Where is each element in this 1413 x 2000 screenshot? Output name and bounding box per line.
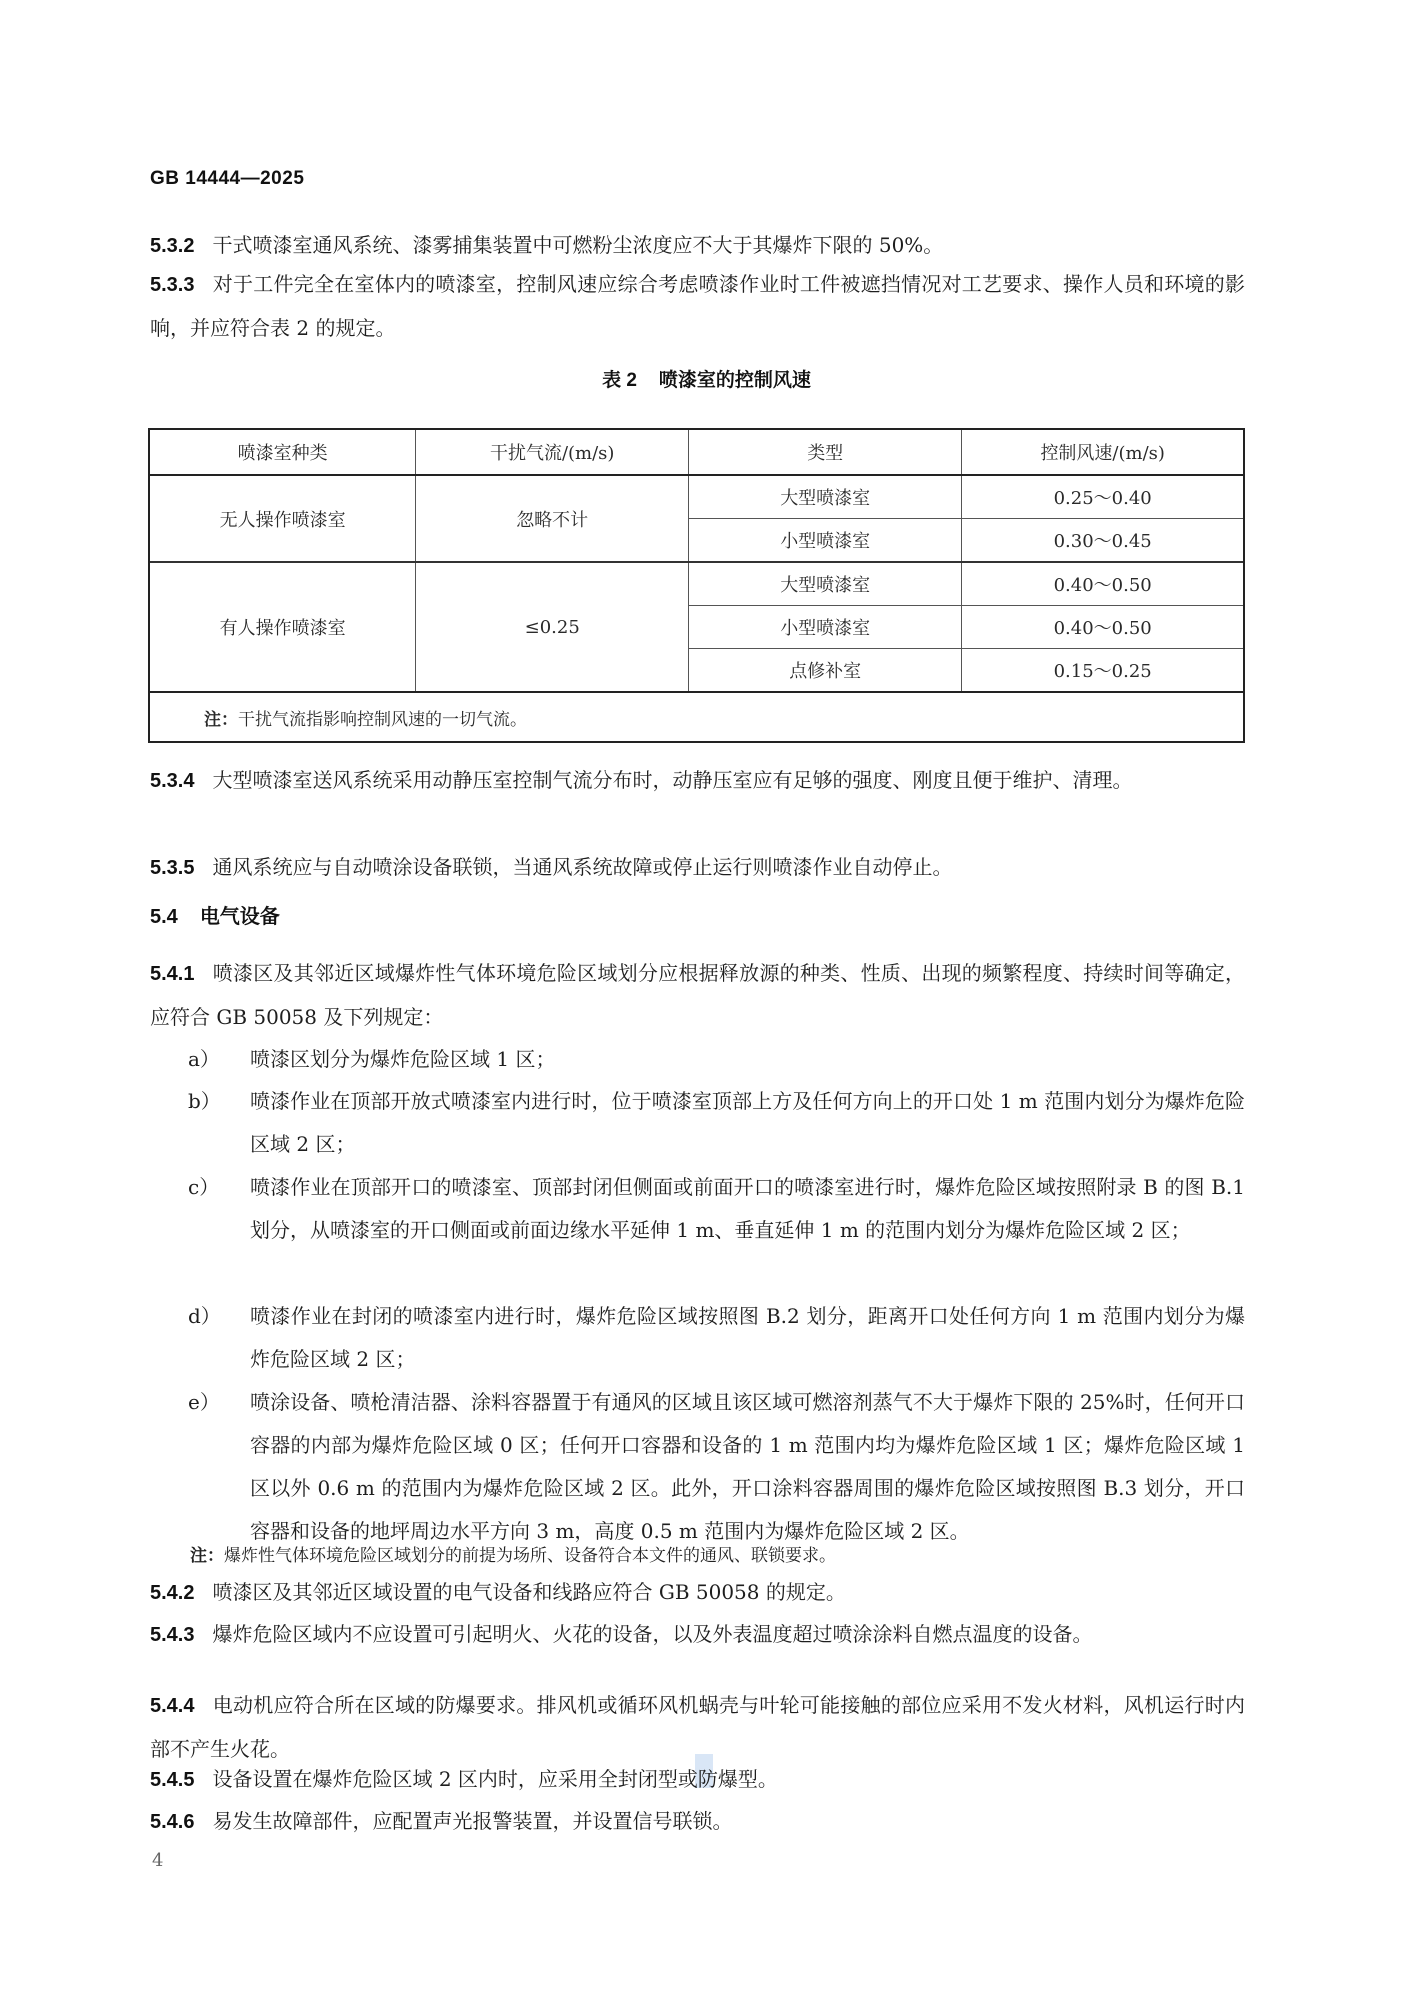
list-text: 喷涂设备、喷枪清洁器、涂料容器置于有通风的区域且该区域可燃溶剂蒸气不大于爆炸下限… [250,1381,1245,1553]
clause-5-4-5: 5.4.5设备设置在爆炸危险区域 2 区内时，应采用全封闭型或防爆型。 [150,1758,1245,1802]
clause-text: 大型喷漆室送风系统采用动静压室控制气流分布时，动静压室应有足够的强度、刚度且便于… [212,768,1132,792]
note-label: 注： [204,710,238,729]
cell-speed: 0.40～0.50 [962,562,1244,606]
cell-disturbance: 忽略不计 [416,475,689,562]
list-label: d） [188,1295,220,1338]
control-air-speed-table: 喷漆室种类 干扰气流/(m/s) 类型 控制风速/(m/s) 无人操作喷漆室 忽… [148,428,1245,743]
note-text: 爆炸性气体环境危险区域划分的前提为场所、设备符合本文件的通风、联锁要求。 [224,1546,836,1566]
clause-number: 5.4.3 [150,1624,194,1646]
clause-text: 对于工件完全在室体内的喷漆室，控制风速应综合考虑喷漆作业时工件被遮挡情况对工艺要… [150,272,1245,340]
clause-number: 5.3.3 [150,274,194,296]
table-note: 注：干扰气流指影响控制风速的一切气流。 [149,692,1244,742]
cell-category: 有人操作喷漆室 [149,562,416,692]
header-type: 类型 [689,429,962,475]
list-item-c: c） 喷漆作业在顶部开口的喷漆室、顶部封闭但侧面或前面开口的喷漆室进行时，爆炸危… [188,1166,1245,1252]
clause-number: 5.4.2 [150,1582,194,1604]
section-title-text: 电气设备 [200,906,280,928]
list-text: 喷漆作业在封闭的喷漆室内进行时，爆炸危险区域按照图 B.2 划分，距离开口处任何… [250,1295,1245,1381]
clause-5-3-3: 5.3.3对于工件完全在室体内的喷漆室，控制风速应综合考虑喷漆作业时工件被遮挡情… [150,263,1245,350]
cell-speed: 0.25～0.40 [962,475,1244,519]
standard-number-header: GB 14444—2025 [150,168,304,190]
list-label: e） [188,1381,220,1424]
section-number: 5.4 [150,906,178,928]
cell-category: 无人操作喷漆室 [149,475,416,562]
clause-number: 5.3.5 [150,857,194,879]
table-number: 表 2 [602,370,637,391]
table-note-row: 注：干扰气流指影响控制风速的一切气流。 [149,692,1244,742]
header-disturbance-airflow: 干扰气流/(m/s) [416,429,689,475]
clause-number: 5.3.4 [150,770,194,792]
note-label: 注： [190,1546,224,1565]
clause-5-4-1: 5.4.1喷漆区及其邻近区域爆炸性气体环境危险区域划分应根据释放源的种类、性质、… [150,952,1245,1039]
document-page: GB 14444—2025 5.3.2干式喷漆室通风系统、漆雾捕集装置中可燃粉尘… [0,0,1413,2000]
clause-text: 爆炸危险区域内不应设置可引起明火、火花的设备，以及外表温度超过喷涂涂料自燃点温度… [212,1622,1092,1646]
cell-speed: 0.15～0.25 [962,649,1244,693]
table-title: 表 2喷漆室的控制风速 [0,365,1413,392]
cell-disturbance: ≤0.25 [416,562,689,692]
list-text: 喷漆作业在顶部开口的喷漆室、顶部封闭但侧面或前面开口的喷漆室进行时，爆炸危险区域… [250,1166,1245,1252]
clause-5-3-4: 5.3.4大型喷漆室送风系统采用动静压室控制气流分布时，动静压室应有足够的强度、… [150,759,1245,803]
table-row: 无人操作喷漆室 忽略不计 大型喷漆室 0.25～0.40 [149,475,1244,519]
clause-number: 5.3.2 [150,235,194,257]
clause-5-4-2: 5.4.2喷漆区及其邻近区域设置的电气设备和线路应符合 GB 50058 的规定… [150,1571,1245,1615]
cell-type: 小型喷漆室 [689,519,962,563]
list-item-b: b） 喷漆作业在顶部开放式喷漆室内进行时，位于喷漆室顶部上方及任何方向上的开口处… [188,1080,1245,1166]
cell-type: 大型喷漆室 [689,475,962,519]
clause-5-3-2: 5.3.2干式喷漆室通风系统、漆雾捕集装置中可燃粉尘浓度应不大于其爆炸下限的 5… [150,224,1245,268]
clause-text: 通风系统应与自动喷涂设备联锁，当通风系统故障或停止运行则喷漆作业自动停止。 [212,855,952,879]
clause-text: 喷漆区及其邻近区域设置的电气设备和线路应符合 GB 50058 的规定。 [212,1580,845,1604]
list-label: a） [188,1038,220,1081]
clause-5-3-5: 5.3.5通风系统应与自动喷涂设备联锁，当通风系统故障或停止运行则喷漆作业自动停… [150,846,1245,890]
table-header-row: 喷漆室种类 干扰气流/(m/s) 类型 控制风速/(m/s) [149,429,1244,475]
clause-5-4-3: 5.4.3爆炸危险区域内不应设置可引起明火、火花的设备，以及外表温度超过喷涂涂料… [150,1613,1245,1657]
list-item-a: a） 喷漆区划分为爆炸危险区域 1 区； [188,1038,1245,1081]
clause-5-4-6: 5.4.6易发生故障部件，应配置声光报警装置，并设置信号联锁。 [150,1800,1245,1844]
list-item-e: e） 喷涂设备、喷枪清洁器、涂料容器置于有通风的区域且该区域可燃溶剂蒸气不大于爆… [188,1381,1245,1553]
clause-note: 注：爆炸性气体环境危险区域划分的前提为场所、设备符合本文件的通风、联锁要求。 [190,1541,836,1566]
section-heading-5-4: 5.4电气设备 [150,900,280,929]
clause-text: 设备设置在爆炸危险区域 2 区内时，应采用全封闭型或防爆型。 [212,1767,777,1791]
clause-text: 电动机应符合所在区域的防爆要求。排风机或循环风机蜗壳与叶轮可能接触的部位应采用不… [150,1693,1245,1761]
clause-text: 喷漆区及其邻近区域爆炸性气体环境危险区域划分应根据释放源的种类、性质、出现的频繁… [150,961,1245,1029]
list-item-d: d） 喷漆作业在封闭的喷漆室内进行时，爆炸危险区域按照图 B.2 划分，距离开口… [188,1295,1245,1381]
header-control-speed: 控制风速/(m/s) [962,429,1244,475]
list-text: 喷漆作业在顶部开放式喷漆室内进行时，位于喷漆室顶部上方及任何方向上的开口处 1 … [250,1080,1245,1166]
list-label: c） [188,1166,220,1209]
header-booth-category: 喷漆室种类 [149,429,416,475]
note-text: 干扰气流指影响控制风速的一切气流。 [238,710,527,730]
cell-type: 小型喷漆室 [689,606,962,649]
list-text: 喷漆区划分为爆炸危险区域 1 区； [250,1038,1245,1081]
cell-speed: 0.40～0.50 [962,606,1244,649]
table-caption: 喷漆室的控制风速 [659,370,811,391]
clause-number: 5.4.4 [150,1695,194,1717]
clause-number: 5.4.5 [150,1769,194,1791]
list-label: b） [188,1080,220,1123]
clause-number: 5.4.1 [150,963,194,985]
cell-type: 点修补室 [689,649,962,693]
cell-speed: 0.30～0.45 [962,519,1244,563]
table-row: 有人操作喷漆室 ≤0.25 大型喷漆室 0.40～0.50 [149,562,1244,606]
clause-text: 易发生故障部件，应配置声光报警装置，并设置信号联锁。 [212,1809,732,1833]
cell-type: 大型喷漆室 [689,562,962,606]
clause-text: 干式喷漆室通风系统、漆雾捕集装置中可燃粉尘浓度应不大于其爆炸下限的 50%。 [212,233,943,257]
clause-number: 5.4.6 [150,1811,194,1833]
page-number: 4 [152,1850,163,1871]
